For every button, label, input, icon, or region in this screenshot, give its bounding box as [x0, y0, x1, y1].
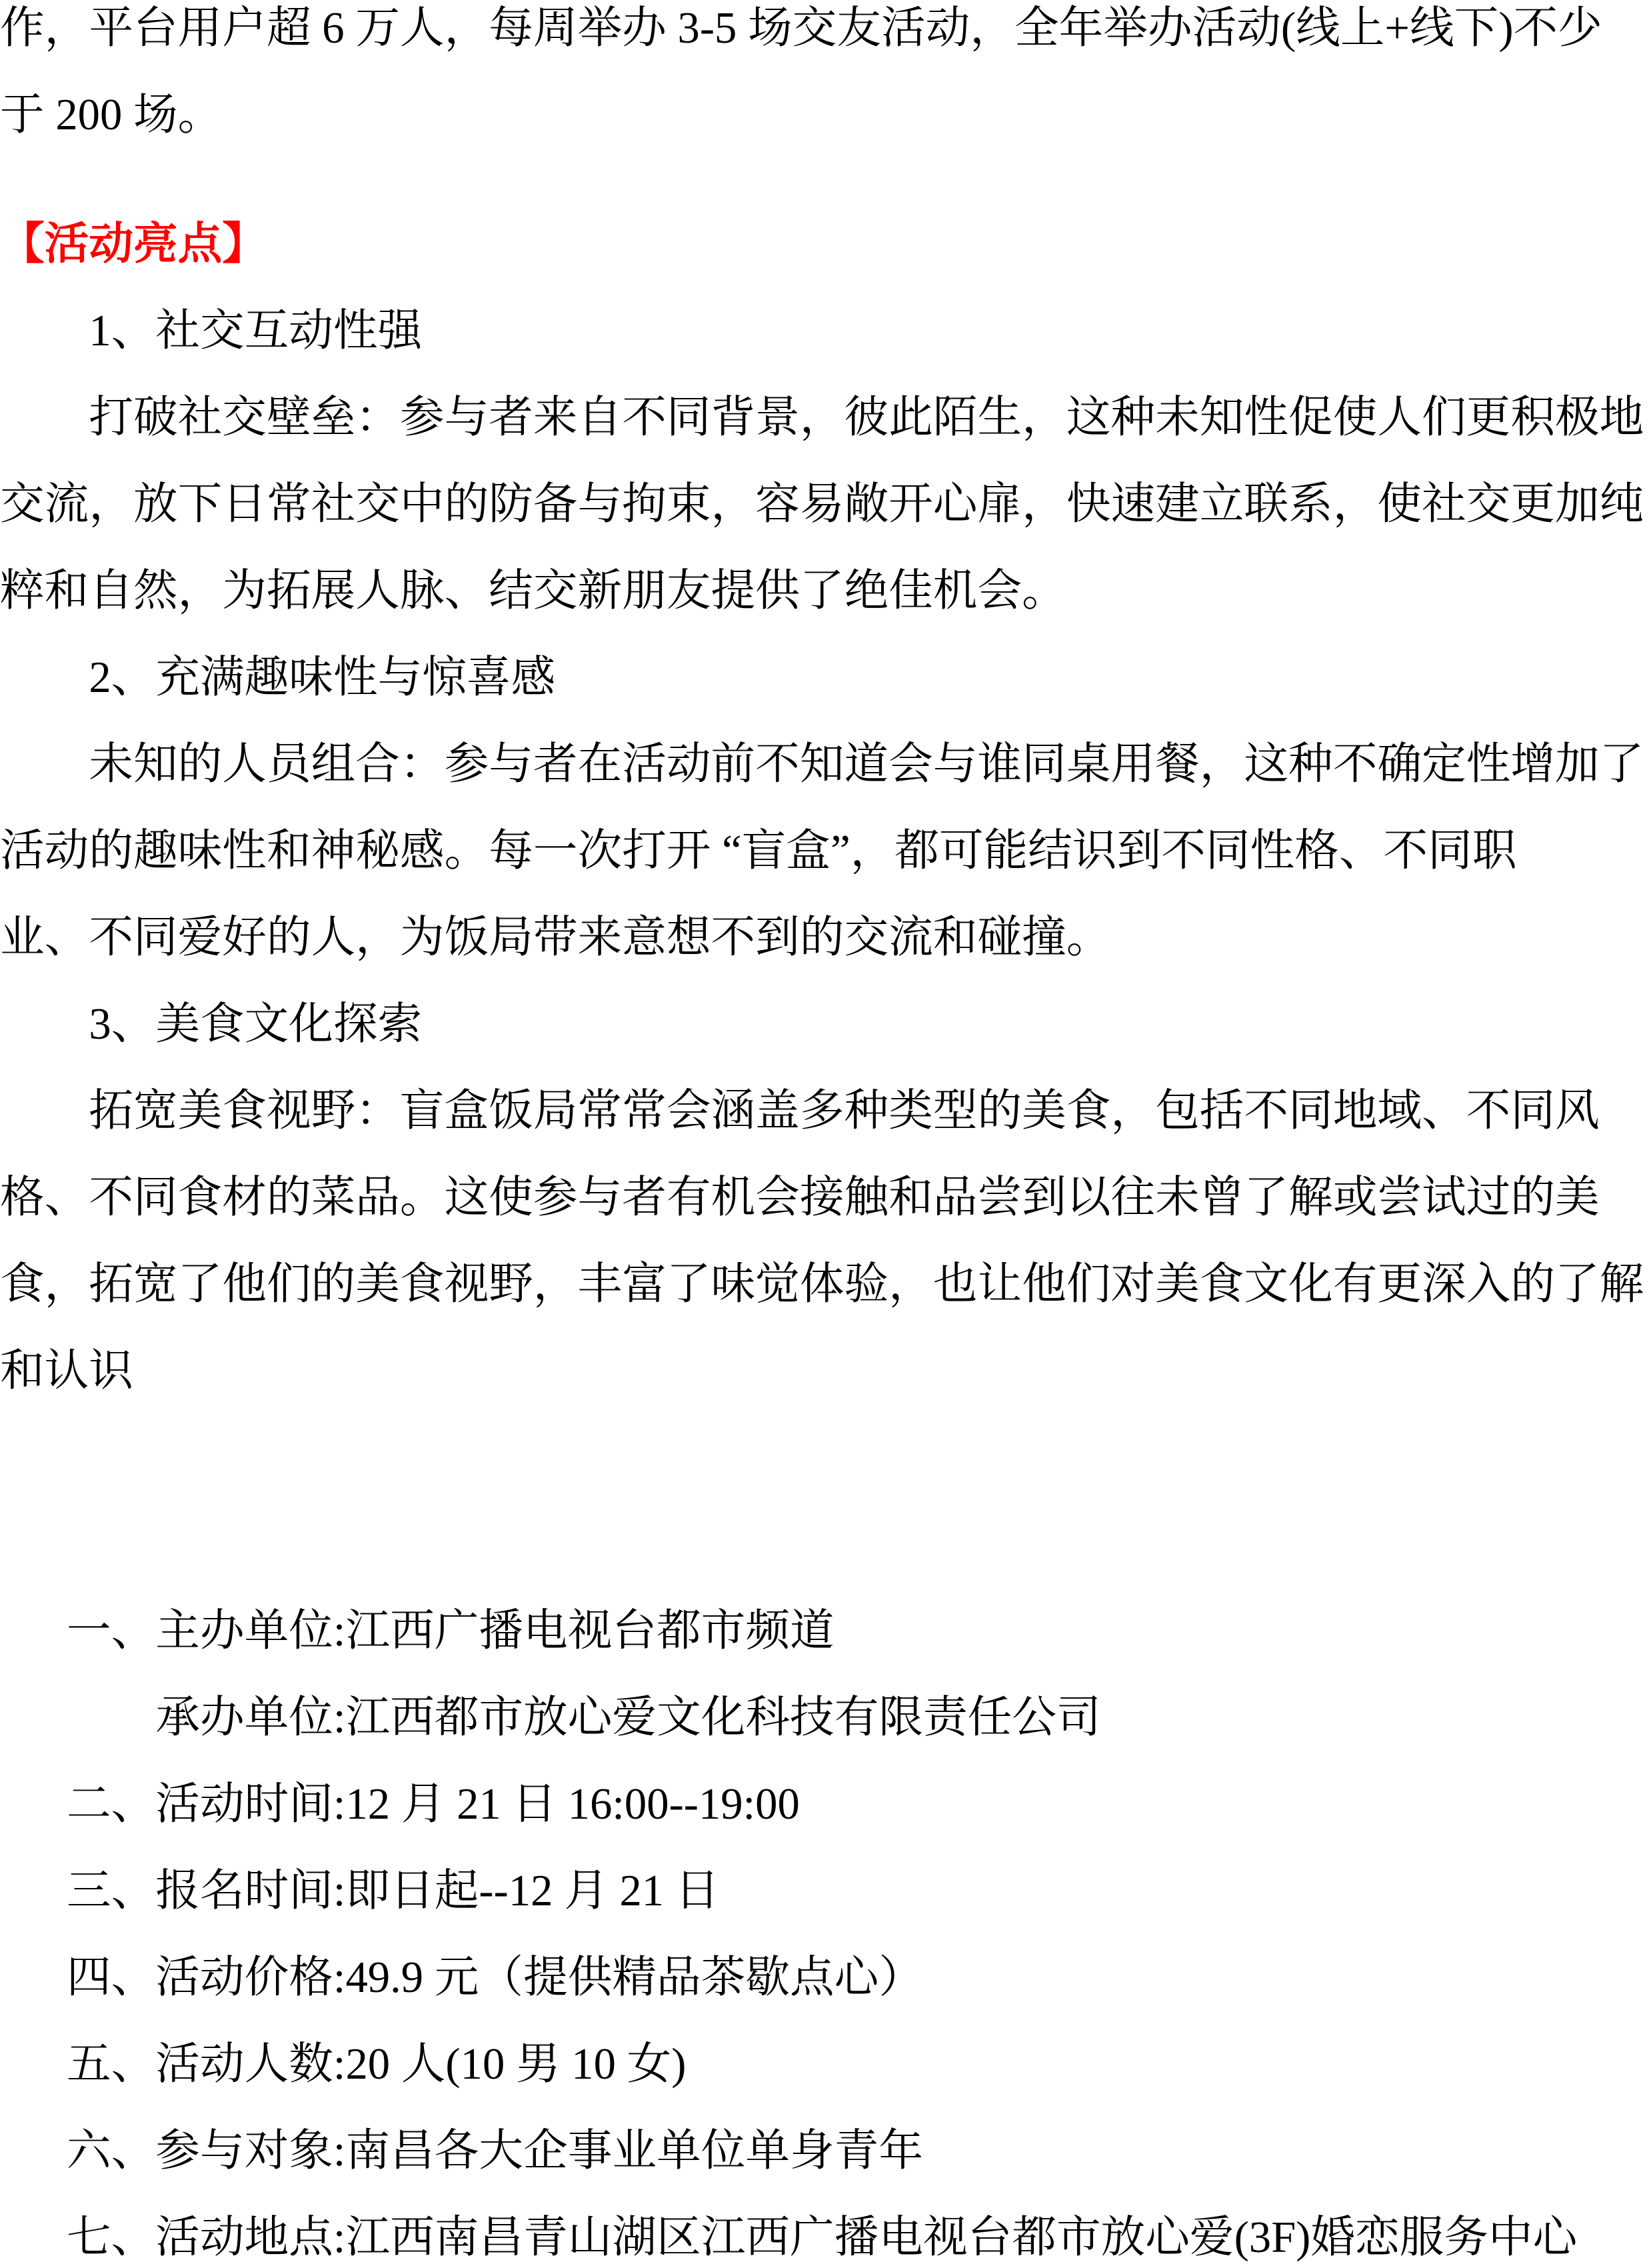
- highlight-title: 2、充满趣味性与惊喜感: [0, 635, 1651, 721]
- highlight-body-line: 业、不同爱好的人，为饭局带来意想不到的交流和碰撞。: [0, 895, 1651, 981]
- highlight-body-line: 活动的趣味性和神秘感。每一次打开 “盲盒”，都可能结识到不同性格、不同职: [0, 808, 1651, 895]
- detail-label: 四、活动价格:: [67, 1953, 345, 2002]
- highlight-body-line: 食，拓宽了他们的美食视野，丰富了味觉体验，也让他们对美食文化有更深入的了解: [0, 1241, 1651, 1328]
- highlight-title: 1、社交互动性强: [0, 288, 1651, 375]
- detail-value: 49.9 元（提供精品茶歇点心）: [345, 1953, 923, 2002]
- detail-label: 六、参与对象:: [67, 2127, 345, 2175]
- detail-value: 江西广播电视台都市频道: [345, 1607, 834, 1655]
- detail-label: 三、报名时间:: [67, 1867, 345, 1915]
- highlight-item: 3、美食文化探索 拓宽美食视野：盲盒饭局常常会涵盖多种类型的美食，包括不同地域、…: [0, 981, 1651, 1415]
- highlight-body-line: 格、不同食材的菜品。这使参与者有机会接触和品尝到以往未曾了解或尝试过的美: [0, 1155, 1651, 1241]
- highlight-body-line: 粹和自然，为拓展人脉、结交新朋友提供了绝佳机会。: [0, 548, 1651, 635]
- highlight-item: 2、充满趣味性与惊喜感 未知的人员组合：参与者在活动前不知道会与谁同桌用餐，这种…: [0, 635, 1651, 981]
- highlight-body-line: 和认识: [0, 1328, 1651, 1415]
- detail-label: 二、活动时间:: [67, 1780, 345, 1829]
- document-page: 作，平台用户超 6 万人，每周举办 3-5 场交友活动，全年举办活动(线上+线下…: [0, 0, 1651, 2195]
- section-heading-highlights: 【活动亮点】: [0, 201, 1651, 288]
- intro-line: 作，平台用户超 6 万人，每周举办 3-5 场交友活动，全年举办活动(线上+线下…: [0, 0, 1651, 72]
- highlight-body-line: 交流，放下日常社交中的防备与拘束，容易敞开心扉，快速建立联系，使社交更加纯: [0, 461, 1651, 548]
- event-details-list: 一、主办单位:江西广播电视台都市频道 承办单位:江西都市放心爱文化科技有限责任公…: [0, 1501, 1651, 2195]
- intro-paragraph: 作，平台用户超 6 万人，每周举办 3-5 场交友活动，全年举办活动(线上+线下…: [0, 0, 1651, 159]
- detail-organizer: 一、主办单位:江西广播电视台都市频道: [0, 1501, 1651, 1588]
- detail-value: 南昌各大企事业单位单身青年: [345, 2127, 923, 2175]
- highlight-body-line: 未知的人员组合：参与者在活动前不知道会与谁同桌用餐，这种不确定性增加了: [0, 721, 1651, 808]
- detail-value: 即日起--12 月 21 日: [345, 1867, 719, 1915]
- intro-line: 于 200 场。: [0, 72, 1651, 159]
- detail-label: 五、活动人数:: [67, 2040, 345, 2089]
- detail-label: 七、活动地点:: [67, 2213, 345, 2262]
- detail-label: 一、主办单位:: [67, 1607, 345, 1655]
- highlight-item: 1、社交互动性强 打破社交壁垒：参与者来自不同背景，彼此陌生，这种未知性促使人们…: [0, 288, 1651, 635]
- highlight-body-line: 拓宽美食视野：盲盒饭局常常会涵盖多种类型的美食，包括不同地域、不同风: [0, 1068, 1651, 1155]
- detail-value: 江西南昌青山湖区江西广播电视台都市放心爱(3F)婚恋服务中心: [345, 2213, 1577, 2262]
- detail-value: 江西都市放心爱文化科技有限责任公司: [345, 1693, 1100, 1742]
- detail-value: 20 人(10 男 10 女): [345, 2040, 686, 2089]
- highlight-title: 3、美食文化探索: [0, 981, 1651, 1068]
- detail-label: 承办单位:: [155, 1693, 345, 1742]
- detail-value: 12 月 21 日 16:00--19:00: [345, 1780, 799, 1829]
- highlight-body-line: 打破社交壁垒：参与者来自不同背景，彼此陌生，这种未知性促使人们更积极地: [0, 375, 1651, 461]
